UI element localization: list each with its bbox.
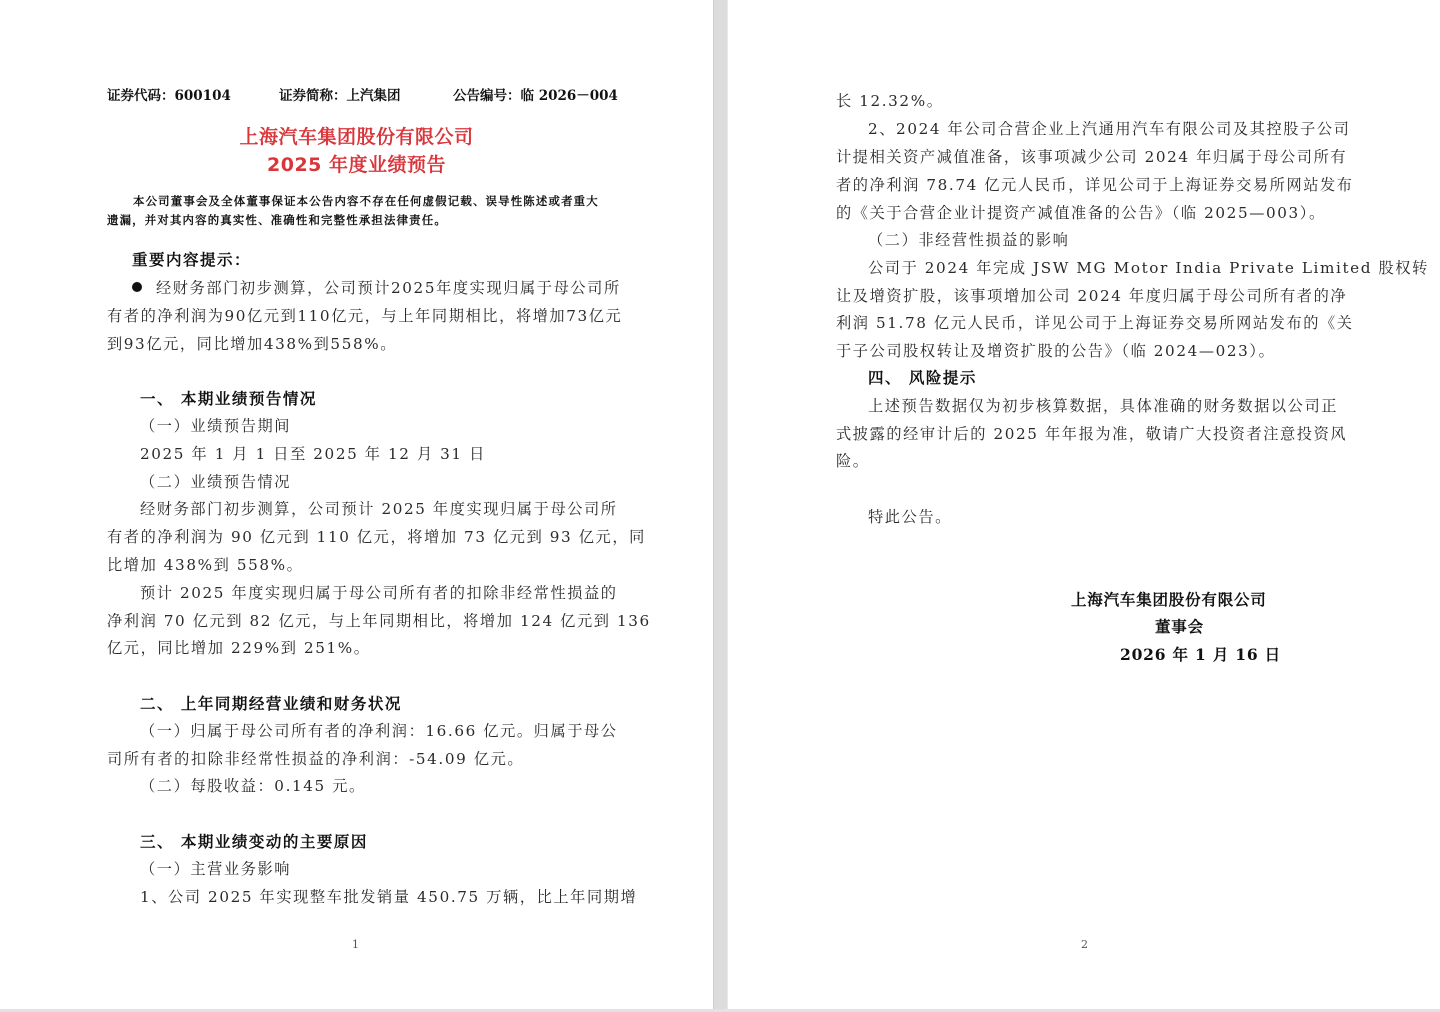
section-1-heading: 一、 本期业绩预告情况 [140,389,317,409]
risk-line-3: 险。 [836,451,870,471]
highlight-text: 经财务部门初步测算，公司预计2025年度实现归属于母公司所 [156,279,621,297]
highlights-heading: 重要内容提示： [132,250,251,270]
forecast-para-1-line-3: 比增加 438%到 558%。 [107,555,303,575]
non-operating-line-3: 利润 51.78 亿元人民币，详见公司于上海证券交易所网站发布的《关 [836,313,1354,333]
section-2-heading: 二、 上年同期经营业绩和财务状况 [140,694,402,714]
risk-line-2: 式披露的经审计后的 2025 年年报为准，敬请广大投资者注意投资风 [836,424,1347,444]
disclaimer-line-1: 本公司董事会及全体董事保证本公告内容不存在任何虚假记载、误导性陈述或者重大 [133,192,599,210]
page-gutter [713,0,728,1012]
non-operating-line-1: 公司于 2024 年完成 JSW MG Motor India Private … [868,258,1429,278]
forecast-para-1-line-2: 有者的净利润为 90 亿元到 110 亿元，将增加 73 亿元到 93 亿元，同 [107,527,646,547]
section-3-sub-2: （二）非经营性损益的影响 [868,230,1069,250]
section-1-sub-2: （二）业绩预告情况 [140,472,291,492]
document-page-1: 证券代码：600104 证券简称：上汽集团 公告编号：临 2026－004 上海… [0,0,713,1012]
non-operating-line-2: 让及增资扩股，该事项增加公司 2024 年度归属于母公司所有者的净 [836,286,1347,306]
prior-year-eps: （二）每股收益：0.145 元。 [140,776,366,796]
highlight-line-2: 有者的净利润为90亿元到110亿元，与上年同期相比，将增加73亿元 [107,306,622,326]
section-3-heading: 三、 本期业绩变动的主要原因 [140,832,368,852]
page-number-1: 1 [352,938,359,952]
document-title-subject: 2025 年度业绩预告 [0,152,713,178]
section-4-heading: 四、 风险提示 [868,368,977,388]
item-2-line-4: 的《关于合营企业计提资产减值准备的公告》（临 2025—003）。 [836,203,1326,223]
document-page-2: 长 12.32%。 2、2024 年公司合营企业上汽通用汽车有限公司及其控股子公… [728,0,1440,1012]
signature-board: 董事会 [1155,617,1255,637]
bullet-icon [132,282,142,292]
forecast-period: 2025 年 1 月 1 日至 2025 年 12 月 31 日 [140,444,486,464]
risk-line-1: 上述预告数据仅为初步核算数据，具体准确的财务数据以公司正 [868,396,1338,416]
disclaimer-line-2: 遗漏，并对其内容的真实性、准确性和完整性承担法律责任。 [107,211,447,229]
highlight-line-3: 到93亿元，同比增加438%到558%。 [107,334,397,354]
section-3-item-1-line-1: 1、公司 2025 年实现整车批发销量 450.75 万辆，比上年同期增 [140,887,637,907]
forecast-para-1-line-1: 经财务部门初步测算，公司预计 2025 年度实现归属于母公司所 [140,499,618,519]
signature-date: 2026 年 1 月 16 日 [1120,645,1320,665]
notice-number: 公告编号：临 2026－004 [453,86,618,106]
continued-line: 长 12.32%。 [836,91,944,111]
item-2-line-1: 2、2024 年公司合营企业上汽通用汽车有限公司及其控股子公司 [868,119,1350,139]
stock-abbreviation: 证券简称：上汽集团 [279,86,401,106]
stock-code: 证券代码：600104 [107,86,231,106]
closing-statement: 特此公告。 [868,507,952,527]
item-2-line-3: 者的净利润 78.74 亿元人民币，详见公司于上海证券交易所网站发布 [836,175,1354,195]
document-title-company: 上海汽车集团股份有限公司 [0,124,713,150]
forecast-para-2-line-3: 亿元，同比增加 229%到 251%。 [107,638,371,658]
section-3-sub-1: （一）主营业务影响 [140,859,291,879]
signature-company: 上海汽车集团股份有限公司 [1071,590,1271,610]
highlight-line-1: 经财务部门初步测算，公司预计2025年度实现归属于母公司所 [132,278,621,298]
forecast-para-2-line-1: 预计 2025 年度实现归属于母公司所有者的扣除非经常性损益的 [140,583,618,603]
page-number-2: 2 [1081,938,1088,952]
non-operating-line-4: 于子公司股权转让及增资扩股的公告》（临 2024—023）。 [836,341,1275,361]
item-2-line-2: 计提相关资产减值准备，该事项减少公司 2024 年归属于母公司所有 [836,147,1347,167]
section-1-sub-1: （一）业绩预告期间 [140,416,291,436]
prior-year-net-profit-line-1: （一）归属于母公司所有者的净利润：16.66 亿元。归属于母公 [140,721,618,741]
forecast-para-2-line-2: 净利润 70 亿元到 82 亿元，与上年同期相比，将增加 124 亿元到 136 [107,611,651,631]
prior-year-net-profit-line-2: 司所有者的扣除非经常性损益的净利润：-54.09 亿元。 [107,749,524,769]
